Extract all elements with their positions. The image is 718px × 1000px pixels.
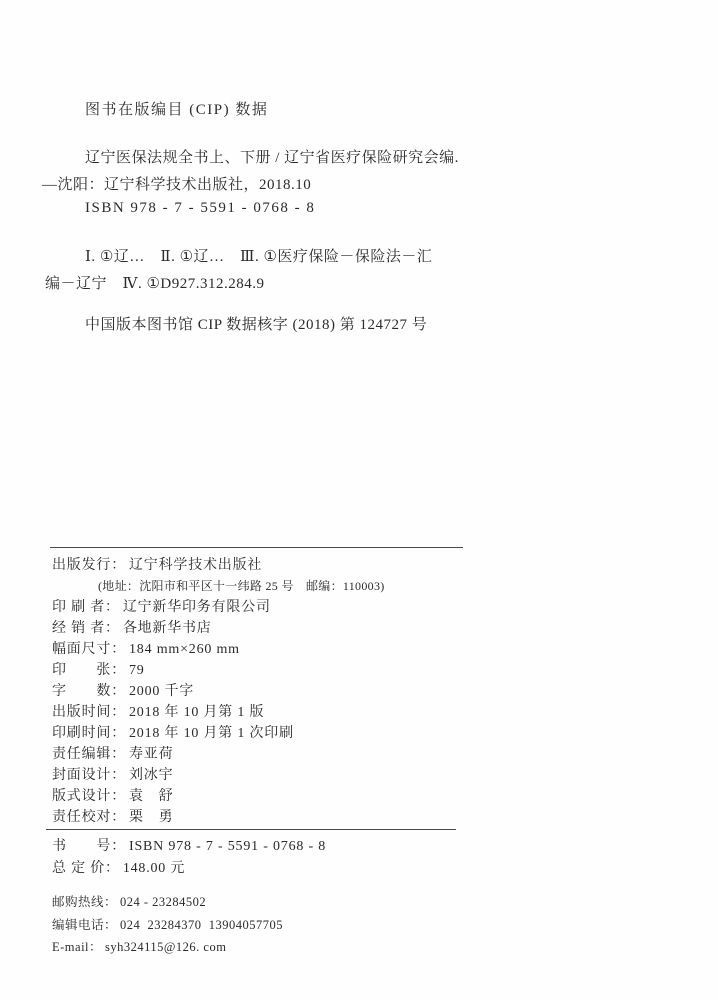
publisher-address-note: (地址：沈阳市和平区十一纬路 25 号 邮编：110003) — [52, 576, 385, 597]
contact-label: 编辑电话： — [52, 914, 117, 937]
contact-value: 024 - 23284502 — [120, 891, 206, 914]
contact-label: E-mail： — [52, 936, 102, 959]
colophon-label: 版式设计： — [52, 786, 126, 807]
colophon-label: 印 张： — [52, 660, 126, 681]
colophon-label: 印 刷 者： — [52, 597, 120, 618]
book-number-row: 书 号： ISBN 978 - 7 - 5591 - 0768 - 8 — [52, 836, 326, 858]
contact-label: 邮购热线： — [52, 891, 117, 914]
colophon-value: 79 — [129, 660, 145, 681]
colophon: 出版发行： 辽宁科学技术出版社 (地址：沈阳市和平区十一纬路 25 号 邮编：1… — [52, 555, 385, 828]
contact-value: syh324115@126. com — [105, 936, 226, 959]
colophon-row-dimensions: 幅面尺寸： 184 mm×260 mm — [52, 639, 385, 660]
colophon-row-distributor: 经 销 者： 各地新华书店 — [52, 618, 385, 639]
pricing-value: ISBN 978 - 7 - 5591 - 0768 - 8 — [129, 836, 326, 858]
colophon-row-printer: 印 刷 者： 辽宁新华印务有限公司 — [52, 597, 385, 618]
isbn-line: ISBN 978 - 7 - 5591 - 0768 - 8 — [85, 200, 315, 217]
copyright-page: 图书在版编目 (CIP) 数据 辽宁医保法规全书上、下册 / 辽宁省医疗保险研究… — [0, 0, 718, 1000]
total-price-row: 总 定 价： 148.00 元 — [52, 858, 326, 880]
colophon-row-layoutdesign: 版式设计： 袁 舒 — [52, 786, 385, 807]
colophon-row-editor: 责任编辑： 寿亚荷 — [52, 744, 385, 765]
colophon-value: 栗 勇 — [129, 807, 173, 828]
colophon-label: 出版时间： — [52, 702, 126, 723]
colophon-row-coverdesign: 封面设计： 刘冰宇 — [52, 765, 385, 786]
publisher-imprint-line: —沈阳：辽宁科学技术出版社，2018.10 — [42, 173, 311, 194]
cip-heading: 图书在版编目 (CIP) 数据 — [85, 98, 268, 119]
divider-bottom — [46, 829, 456, 830]
colophon-row-publisher: 出版发行： 辽宁科学技术出版社 — [52, 555, 385, 576]
colophon-value: 辽宁新华印务有限公司 — [123, 597, 271, 618]
colophon-value: 袁 舒 — [129, 786, 173, 807]
pricing-value: 148.00 元 — [123, 858, 185, 880]
colophon-label: 经 销 者： — [52, 618, 120, 639]
pricing-block: 书 号： ISBN 978 - 7 - 5591 - 0768 - 8 总 定 … — [52, 836, 326, 880]
pricing-label: 总 定 价： — [52, 858, 120, 880]
colophon-label: 字 数： — [52, 681, 126, 702]
colophon-value: 2018 年 10 月第 1 版 — [129, 702, 264, 723]
colophon-label: 出版发行： — [52, 555, 126, 576]
colophon-row-proofreader: 责任校对： 栗 勇 — [52, 807, 385, 828]
colophon-label: 印刷时间： — [52, 723, 126, 744]
colophon-value: 2000 千字 — [129, 681, 194, 702]
cip-record-number: 中国版本图书馆 CIP 数据核字 (2018) 第 124727 号 — [85, 313, 427, 334]
colophon-value: 184 mm×260 mm — [129, 639, 240, 660]
colophon-value: 寿亚荷 — [129, 744, 173, 765]
classification-line-2: 编－辽宁 Ⅳ. ①D927.312.284.9 — [45, 272, 265, 293]
colophon-row-printdate: 印刷时间： 2018 年 10 月第 1 次印刷 — [52, 723, 385, 744]
colophon-label: 责任编辑： — [52, 744, 126, 765]
classification-line-1: Ⅰ. ①辽… Ⅱ. ①辽… Ⅲ. ①医疗保险－保险法－汇 — [85, 245, 432, 266]
colophon-row-pubdate: 出版时间： 2018 年 10 月第 1 版 — [52, 702, 385, 723]
divider-top — [50, 547, 463, 548]
colophon-row-wordcount: 字 数： 2000 千字 — [52, 681, 385, 702]
book-title-line: 辽宁医保法规全书上、下册 / 辽宁省医疗保险研究会编. — [85, 146, 459, 167]
contact-block: 邮购热线： 024 - 23284502 编辑电话： 024 23284370 … — [52, 891, 283, 959]
colophon-row-sheets: 印 张： 79 — [52, 660, 385, 681]
colophon-label: 责任校对： — [52, 807, 126, 828]
editorial-phone-row: 编辑电话： 024 23284370 13904057705 — [52, 914, 283, 937]
colophon-value: 各地新华书店 — [123, 618, 212, 639]
contact-value: 024 23284370 13904057705 — [120, 914, 283, 937]
colophon-label: 幅面尺寸： — [52, 639, 126, 660]
mail-order-hotline-row: 邮购热线： 024 - 23284502 — [52, 891, 283, 914]
colophon-value: 刘冰宇 — [129, 765, 173, 786]
pricing-label: 书 号： — [52, 836, 126, 858]
email-row: E-mail： syh324115@126. com — [52, 936, 283, 959]
colophon-value: 2018 年 10 月第 1 次印刷 — [129, 723, 294, 744]
colophon-value: 辽宁科学技术出版社 — [129, 555, 262, 576]
colophon-label: 封面设计： — [52, 765, 126, 786]
